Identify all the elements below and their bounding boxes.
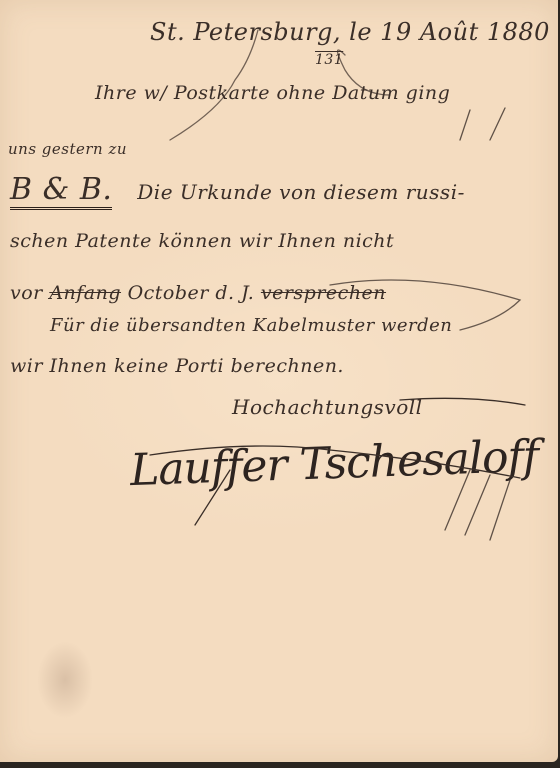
reference-number: 131 [315,52,343,68]
text-line-3: B & B. Die Urkunde von diesem russi- [10,172,465,207]
postcard: St. Petersburg, le 19 Août 1880 131 Ihre… [0,0,558,762]
text-line-7: wir Ihnen keine Porti berechnen. [10,355,344,377]
text-line-6: Für die übersandten Kabelmuster werden [50,315,452,336]
text-segment: vor [10,282,43,304]
addressee-initials: B & B. [10,172,112,210]
struck-word: Anfang [49,282,121,304]
struck-word: versprechen [261,282,386,304]
closing: Hochachtungsvoll [232,395,423,419]
dateline: St. Petersburg, le 19 Août 1880 [150,18,550,46]
text-line-2: uns gestern zu [8,140,127,158]
text-line-3-body: Die Urkunde von diesem russi- [137,180,465,204]
text-line-4: schen Patente können wir Ihnen nicht [10,230,394,252]
signature: Lauffer Tschesaloff [129,431,539,496]
text-line-5: vor Anfang October d. J. versprechen [10,282,386,304]
text-line-1: Ihre w/ Postkarte ohne Datum ging [95,82,450,104]
text-segment: October d. J. [128,282,255,304]
pen-flourishes [0,0,560,768]
